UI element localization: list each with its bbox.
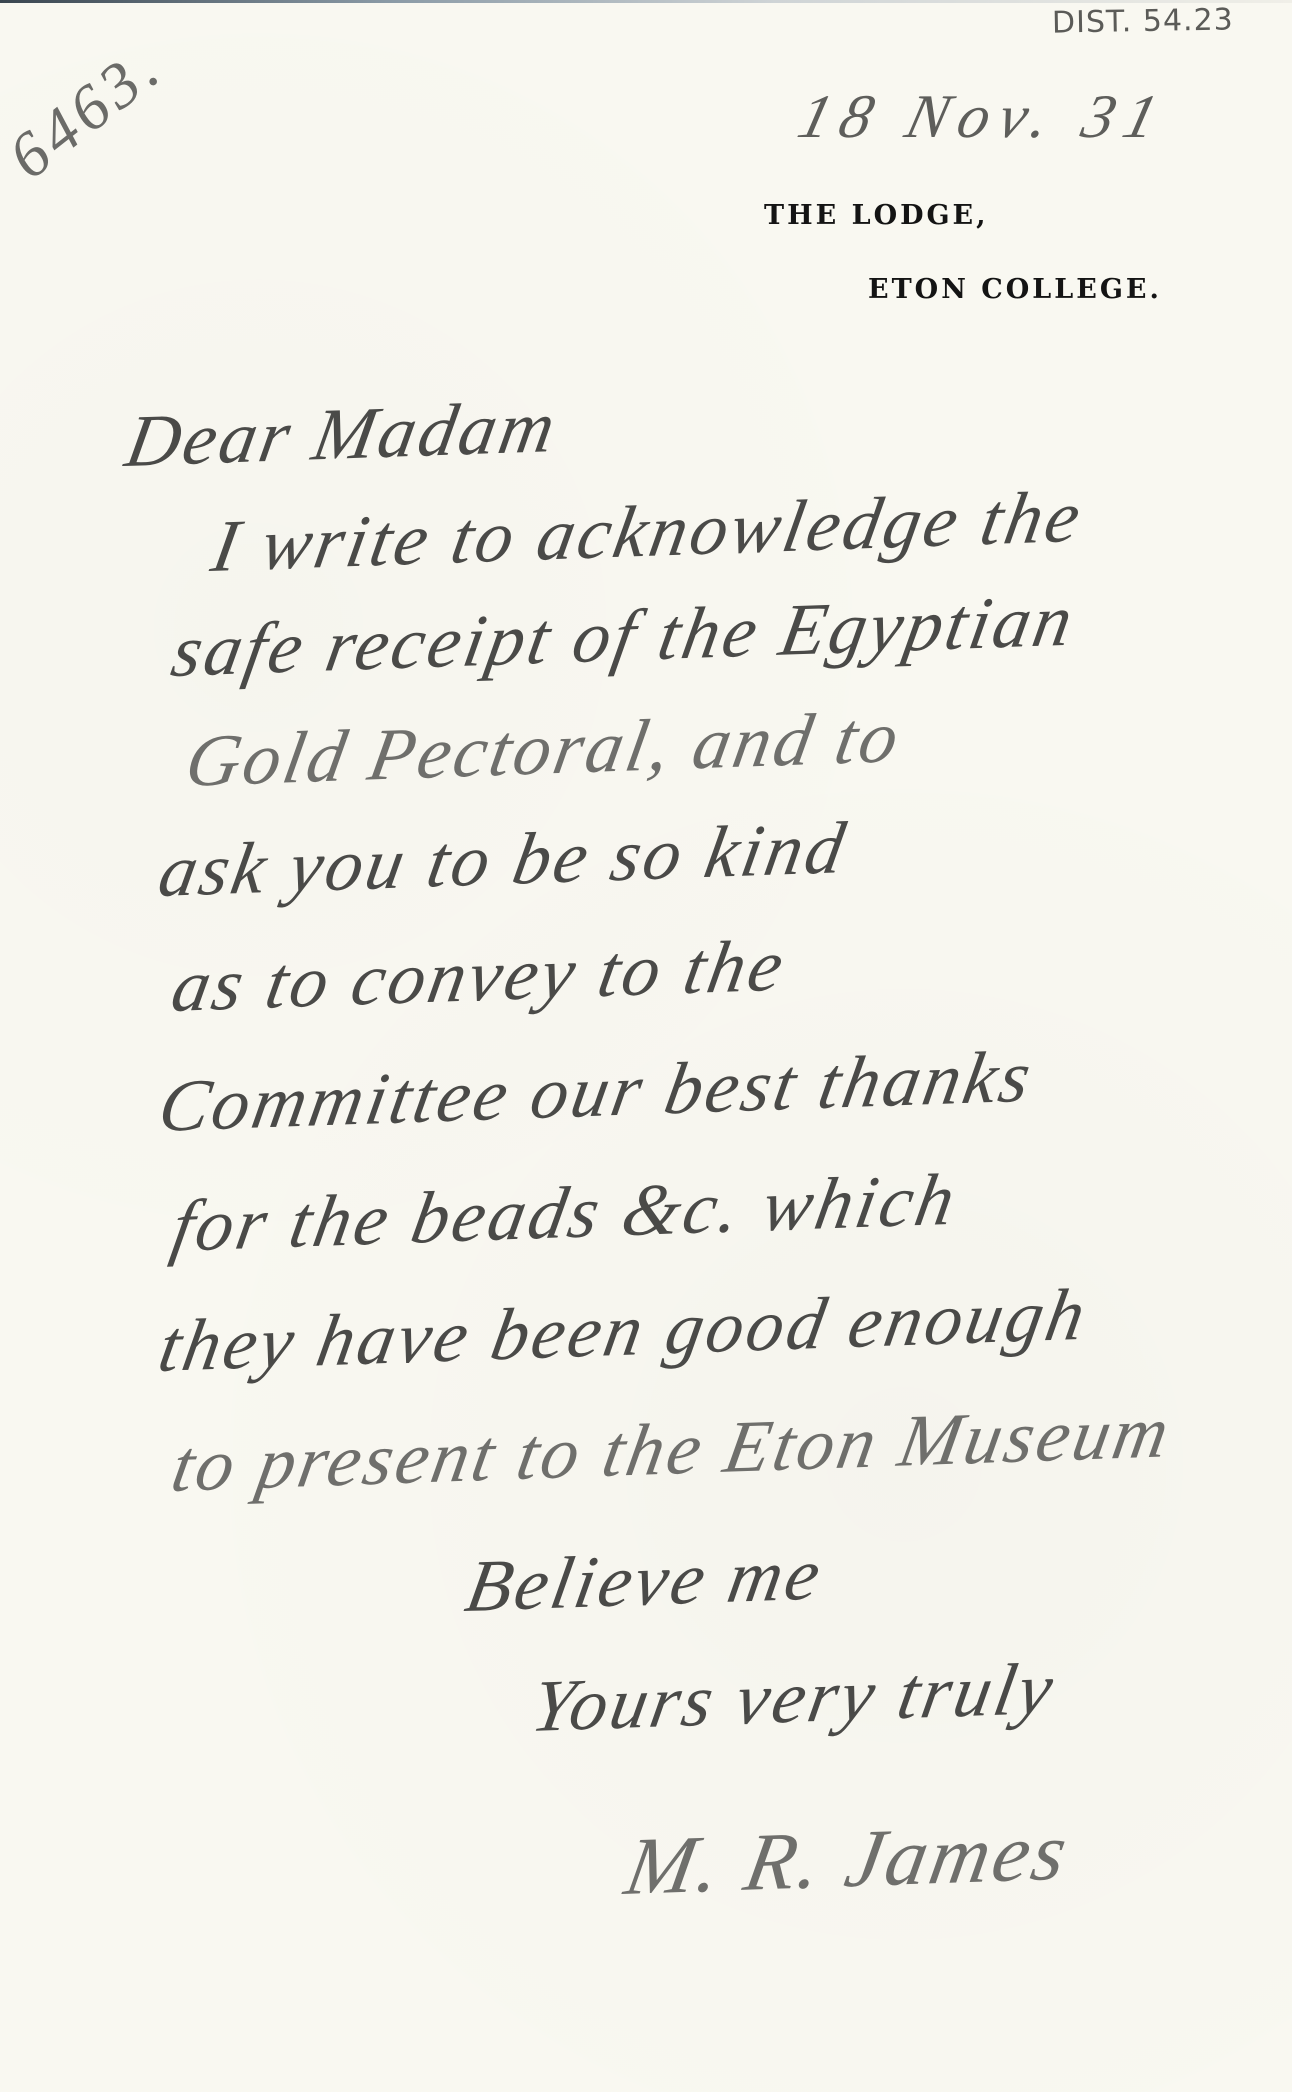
body-line: for the beads &c. which [165,1158,963,1270]
letter-date: 18 Nov. 31 [791,82,1174,153]
salutation: Dear Madam [119,385,564,485]
archive-mark: DIST. 54.23 [1052,2,1234,40]
body-line: to present to the Eton Museum [165,1390,1177,1510]
letterhead-line-2: ETON COLLEGE. [868,274,1162,305]
paper-texture [0,0,1292,2092]
scan-top-edge [0,0,1292,3]
body-line: Committee our best thanks [152,1035,1039,1150]
margin-accession-number: 6463. [0,29,177,194]
body-line: they have been good enough [152,1273,1094,1390]
body-line: ask you to be so kind [152,806,853,915]
signature: M. R. James [619,1805,1077,1914]
body-line: Gold Pectoral, and to [179,695,907,805]
body-line: I write to acknowledge the [205,475,1089,590]
letterhead-line-1: THE LODGE, [764,200,989,231]
body-line: safe receipt of the Egyptian [165,579,1081,695]
body-line: as to convey to the [165,924,792,1030]
closing-line: Believe me [459,1533,829,1630]
closing-line: Yours very truly [525,1647,1062,1750]
